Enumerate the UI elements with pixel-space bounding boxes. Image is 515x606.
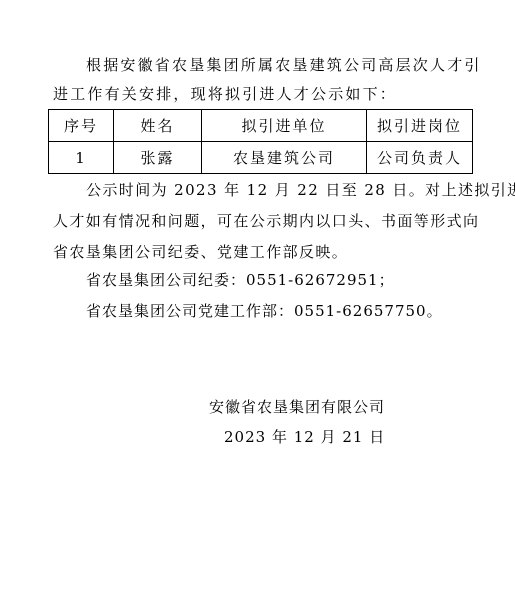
cell-unit: 农垦建筑公司	[202, 142, 367, 174]
notice-line-3: 省农垦集团公司纪委、党建工作部反映。	[53, 242, 348, 262]
contact-discipline: 省农垦集团公司纪委：0551-62672951；	[86, 270, 395, 290]
signature-date: 2023 年 12 月 21 日	[224, 427, 385, 447]
candidate-table: 序号 姓名 拟引进单位 拟引进岗位 1 张露 农垦建筑公司 公司负责人	[48, 109, 473, 174]
notice-line-1: 公示时间为 2023 年 12 月 22 日至 28 日。对上述拟引进	[86, 180, 515, 200]
intro-line-2: 进工作有关安排，现将拟引进人才公示如下：	[53, 84, 397, 104]
cell-serial: 1	[49, 142, 114, 174]
notice-line-2: 人才如有情况和问题，可在公示期内以口头、书面等形式向	[53, 211, 479, 231]
cell-name: 张露	[114, 142, 202, 174]
header-position: 拟引进岗位	[367, 110, 473, 142]
table-row: 1 张露 农垦建筑公司 公司负责人	[49, 142, 473, 174]
header-unit: 拟引进单位	[202, 110, 367, 142]
intro-line-1: 根据安徽省农垦集团所属农垦建筑公司高层次人才引	[86, 55, 482, 75]
signature-org: 安徽省农垦集团有限公司	[209, 397, 385, 417]
cell-position: 公司负责人	[367, 142, 473, 174]
header-name: 姓名	[114, 110, 202, 142]
header-serial: 序号	[49, 110, 114, 142]
table-header-row: 序号 姓名 拟引进单位 拟引进岗位	[49, 110, 473, 142]
contact-party: 省农垦集团公司党建工作部：0551-62657750。	[86, 301, 443, 321]
